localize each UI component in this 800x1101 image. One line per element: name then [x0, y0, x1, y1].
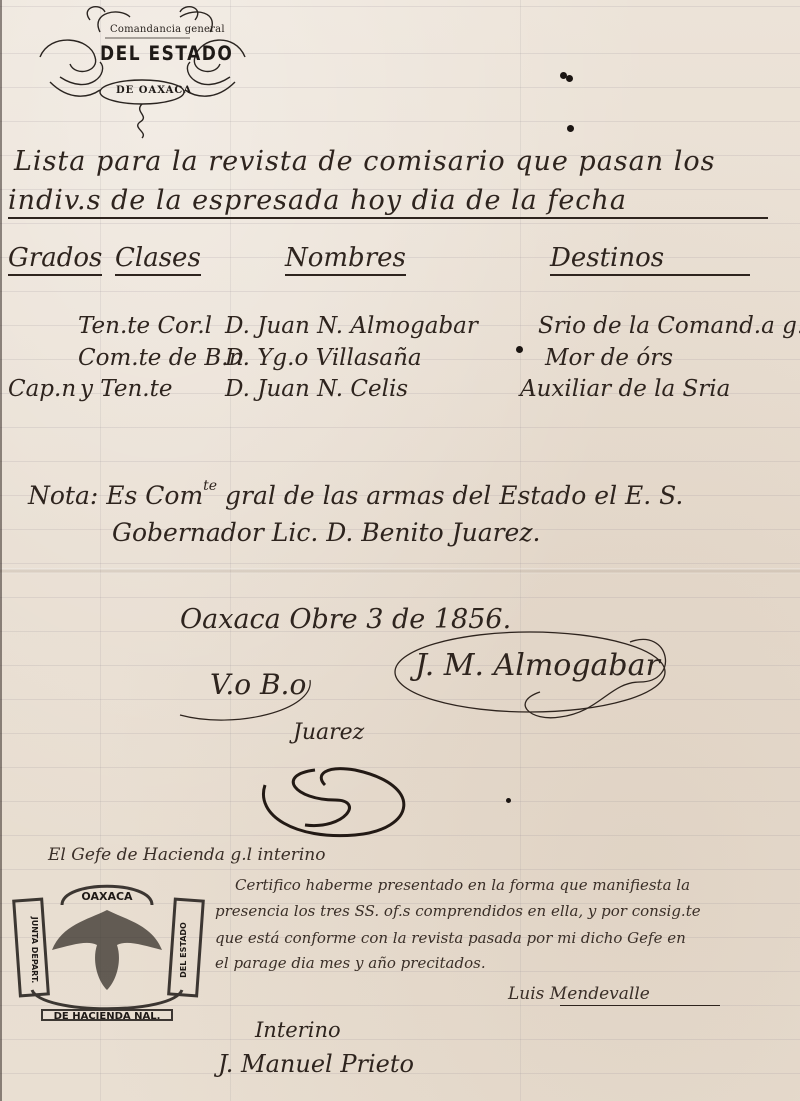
certification-signer: Luis Mendevalle [508, 984, 650, 1004]
ornament-flourish-icon [30, 2, 255, 142]
ink-blot [516, 346, 523, 353]
ink-blot [566, 75, 573, 82]
ink-blot [567, 125, 574, 132]
nota-superscript: te [203, 478, 217, 494]
certification-line-4: el parage dia mes y año precitados. [215, 954, 486, 972]
signature-underline [560, 1005, 720, 1006]
cell-clase: Com.te de B.n [78, 345, 243, 371]
cell-clase: Ten.te Cor.l [78, 313, 212, 339]
eagle-seal-icon: OAXACA DE HACIENDA NAL. JUNTA DEPART. DE… [2, 870, 212, 1025]
svg-text:OAXACA: OAXACA [81, 890, 133, 903]
letterhead-line-2: DEL ESTADO [100, 43, 233, 66]
column-header-clases: Clases [115, 243, 201, 276]
certification-line-2: presencia los tres SS. of.s comprendidos… [215, 902, 701, 920]
interino-label: Interino [255, 1018, 341, 1042]
document-title-line-2: indiv.s de la espresada hoy dia de la fe… [8, 185, 768, 219]
cell-clase: y Ten.te [80, 376, 172, 402]
certification-line-3: que está conforme con la revista pasada … [215, 929, 686, 947]
letterhead-line-3: DE OAXACA [116, 85, 192, 96]
cell-destino: Auxiliar de la Sria [520, 376, 730, 402]
certification-line-1: Certifico haberme presentado en la forma… [235, 876, 690, 894]
nota-prefix: Nota: Es Com [28, 481, 203, 510]
cell-grado: Cap.n [8, 376, 76, 402]
column-header-grados: Grados [8, 243, 102, 276]
nota-line-2: Gobernador Lic. D. Benito Juarez. [112, 518, 540, 547]
second-signer: J. Manuel Prieto [218, 1050, 414, 1078]
letterhead-line-1: Comandancia general [110, 24, 225, 35]
visto-bueno: V.o B.o [210, 668, 306, 701]
signature-main: J. M. Almogabar [415, 648, 660, 683]
letterhead: Comandancia general DEL ESTADO DE OAXACA [30, 2, 255, 122]
column-header-nombres: Nombres [285, 243, 406, 276]
cell-nombre: D. Yg.o Villasaña [225, 345, 422, 371]
cell-nombre: D. Juan N. Almogabar [225, 313, 478, 339]
nota-line-1: Nota: Es Comte gral de las armas del Est… [28, 481, 683, 510]
cell-nombre: D. Juan N. Celis [225, 376, 408, 402]
certification-addressee: El Gefe de Hacienda g.l interino [48, 845, 326, 865]
official-stamp: OAXACA DE HACIENDA NAL. JUNTA DEPART. DE… [2, 870, 212, 1025]
column-header-destinos: Destinos [550, 243, 750, 276]
cell-destino: Mor de órs [545, 345, 673, 371]
nota-rest: gral de las armas del Estado el E. S. [217, 481, 683, 510]
paper-fold [0, 568, 800, 574]
juarez-signature: Juarez [293, 720, 364, 745]
svg-text:DE HACIENDA NAL.: DE HACIENDA NAL. [54, 1011, 161, 1022]
document-title-line-1: Lista para la revista de comisario que p… [14, 146, 715, 177]
svg-text:JUNTA DEPART.: JUNTA DEPART. [30, 916, 39, 984]
ink-blot [506, 798, 511, 803]
cell-destino: Srio de la Comand.a g.l [538, 313, 800, 339]
svg-text:DEL ESTADO: DEL ESTADO [179, 922, 188, 978]
rubric-flourish-icon [255, 755, 425, 845]
